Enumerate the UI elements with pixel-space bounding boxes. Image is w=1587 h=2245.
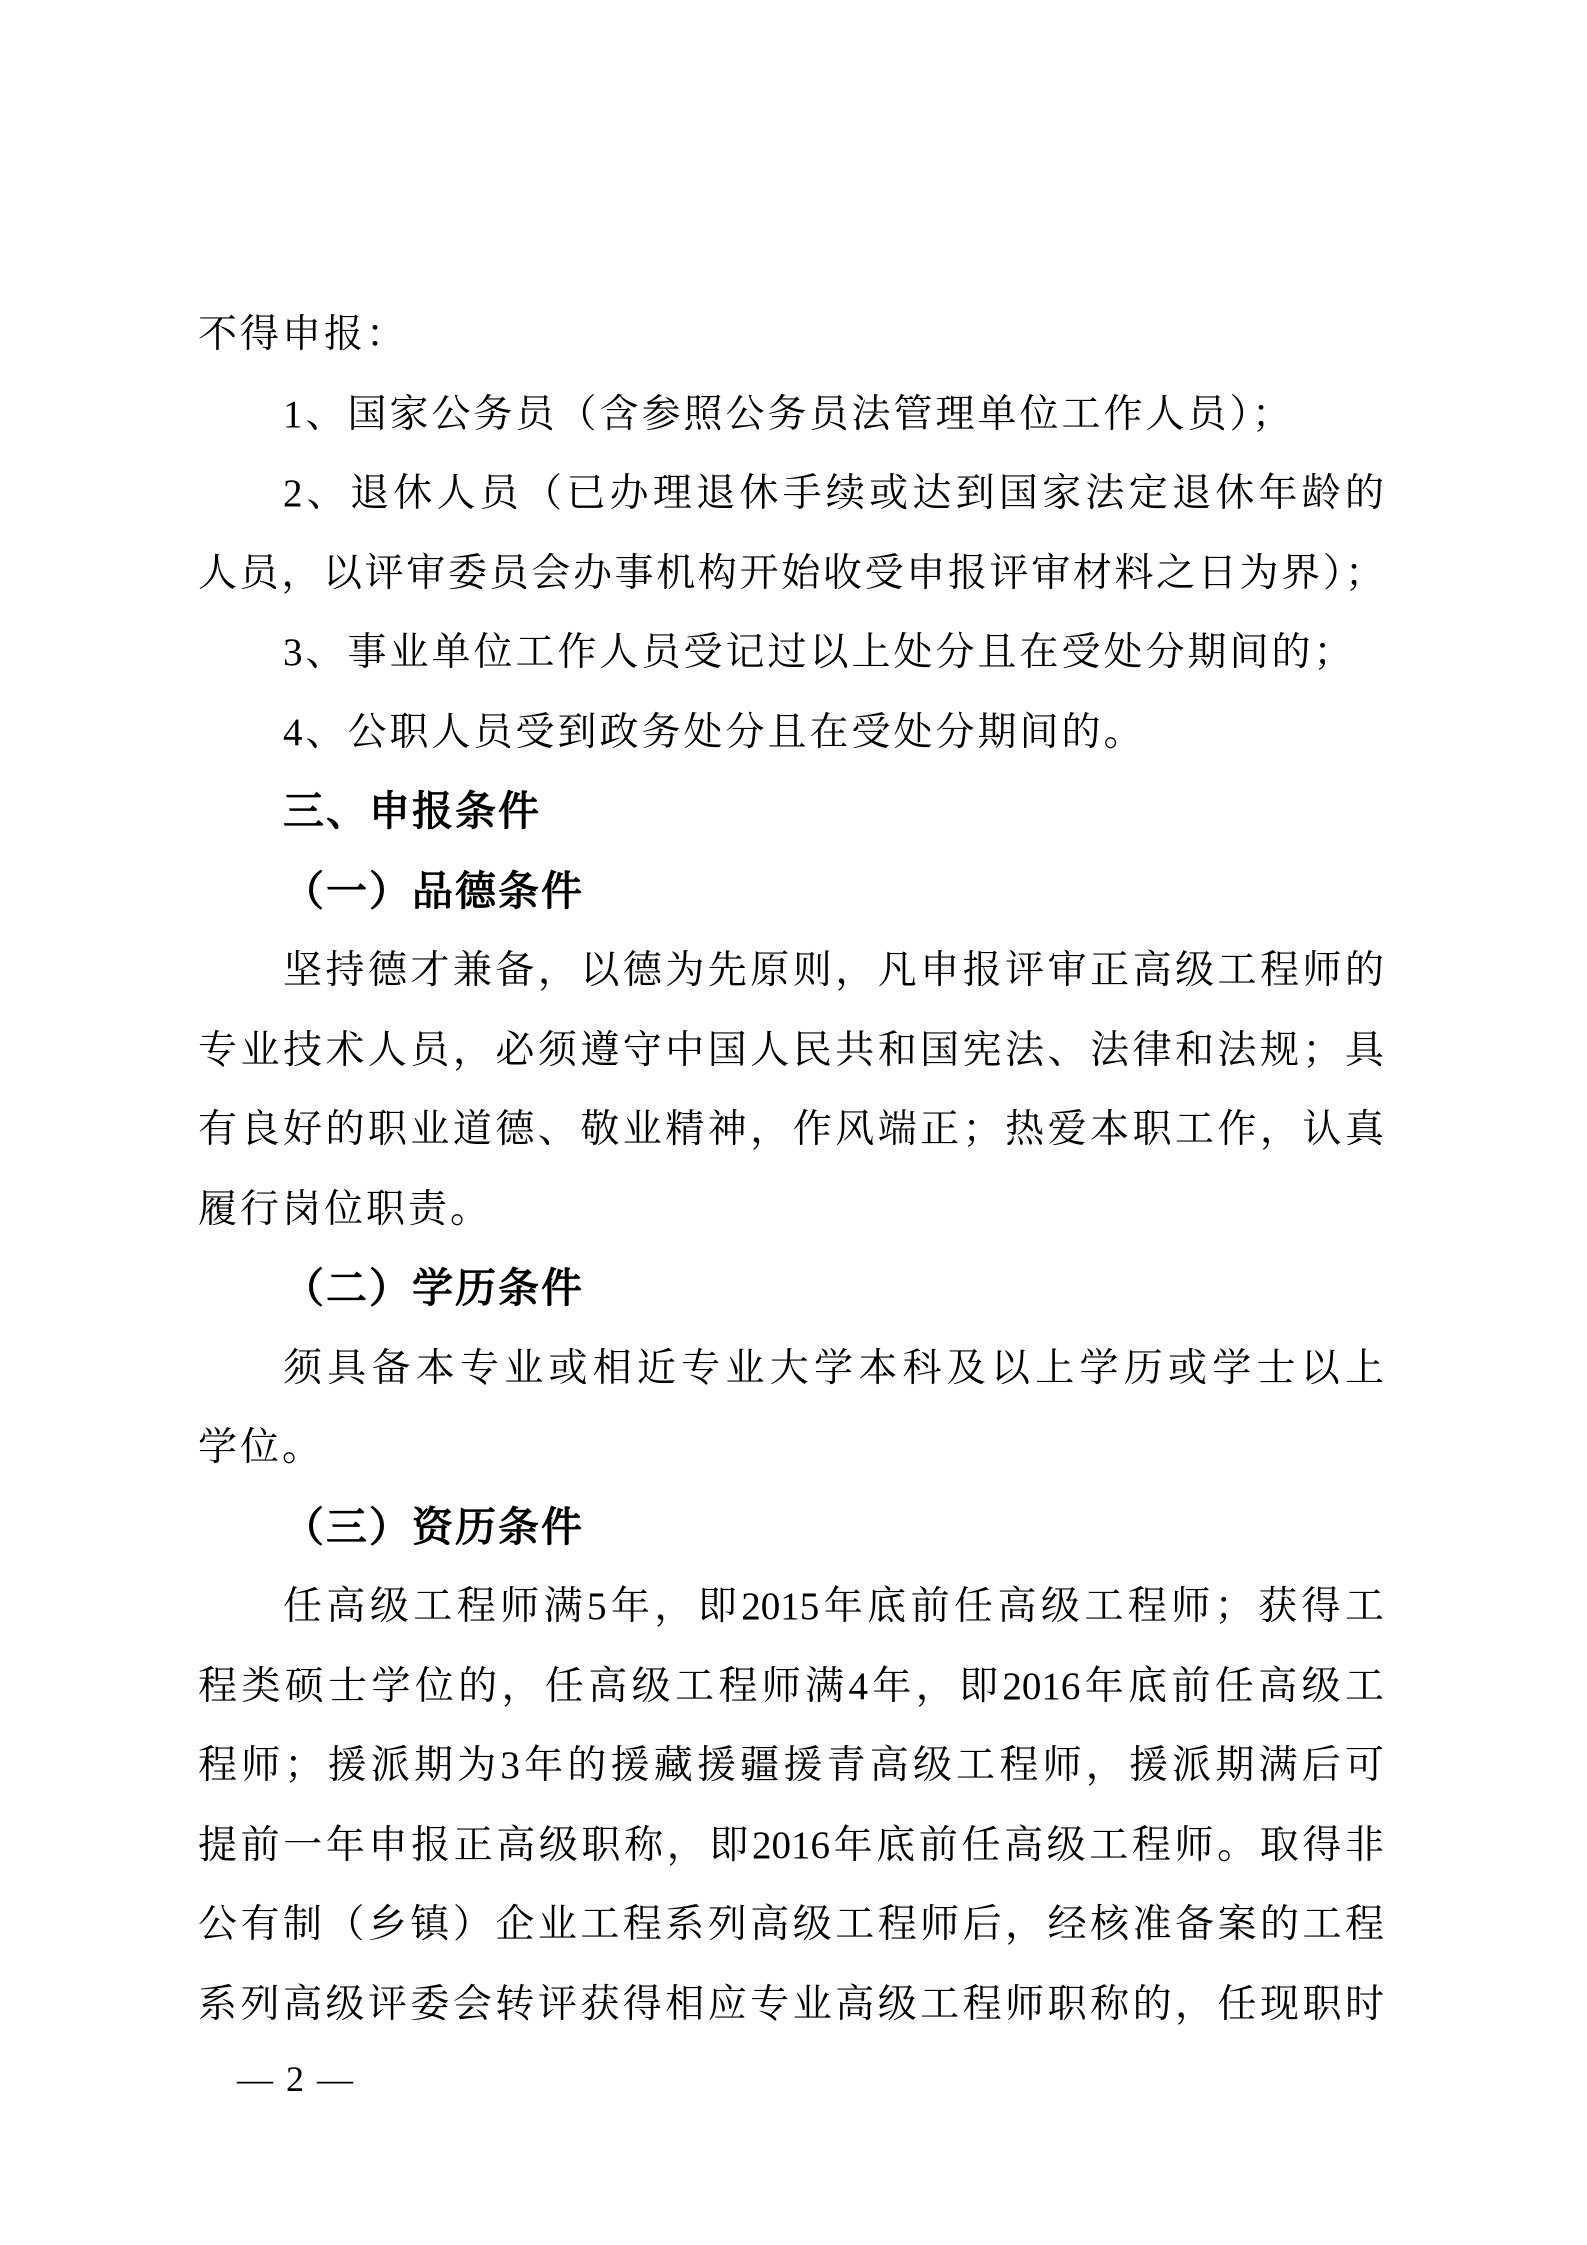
text-line: 程类硕士学位的，任高级工程师满4年，即2016年底前任高级工 xyxy=(198,1647,1384,1727)
text-line: （一）品德条件 xyxy=(198,852,1384,932)
text-line: 提前一年申报正高级职称，即2016年底前任高级工程师。取得非 xyxy=(198,1806,1384,1886)
text-line: 公有制（乡镇）企业工程系列高级工程师后，经核准备案的工程 xyxy=(198,1885,1384,1965)
page-number: — 2 — xyxy=(237,2058,355,2101)
document-body: 不得申报：1、国家公务员（含参照公务员法管理单位工作人员）；2、退休人员（已办理… xyxy=(198,295,1384,2044)
text-line: 1、国家公务员（含参照公务员法管理单位工作人员）； xyxy=(198,375,1384,455)
text-line: 三、申报条件 xyxy=(198,772,1384,852)
text-line: 坚持德才兼备，以德为先原则，凡申报评审正高级工程师的 xyxy=(198,931,1384,1011)
text-line: 系列高级评委会转评获得相应专业高级工程师职称的，任现职时 xyxy=(198,1965,1384,2045)
text-line: （二）学历条件 xyxy=(198,1249,1384,1329)
text-line: 须具备本专业或相近专业大学本科及以上学历或学士以上 xyxy=(198,1329,1384,1409)
text-line: 学位。 xyxy=(198,1408,1384,1488)
document-page: 不得申报：1、国家公务员（含参照公务员法管理单位工作人员）；2、退休人员（已办理… xyxy=(0,0,1587,2245)
text-line: 程师；援派期为3年的援藏援疆援青高级工程师，援派期满后可 xyxy=(198,1726,1384,1806)
text-line: 不得申报： xyxy=(198,295,1384,375)
text-line: 2、退休人员（已办理退休手续或达到国家法定退休年龄的 xyxy=(198,454,1384,534)
text-line: 4、公职人员受到政务处分且在受处分期间的。 xyxy=(198,693,1384,773)
text-line: 专业技术人员，必须遵守中国人民共和国宪法、法律和法规；具 xyxy=(198,1011,1384,1091)
text-line: 3、事业单位工作人员受记过以上处分且在受处分期间的； xyxy=(198,613,1384,693)
text-line: 人员，以评审委员会办事机构开始收受申报评审材料之日为界）； xyxy=(198,534,1384,614)
text-line: （三）资历条件 xyxy=(198,1488,1384,1568)
text-line: 有良好的职业道德、敬业精神，作风端正；热爱本职工作，认真 xyxy=(198,1090,1384,1170)
text-line: 任高级工程师满5年，即2015年底前任高级工程师；获得工 xyxy=(198,1567,1384,1647)
text-line: 履行岗位职责。 xyxy=(198,1170,1384,1250)
